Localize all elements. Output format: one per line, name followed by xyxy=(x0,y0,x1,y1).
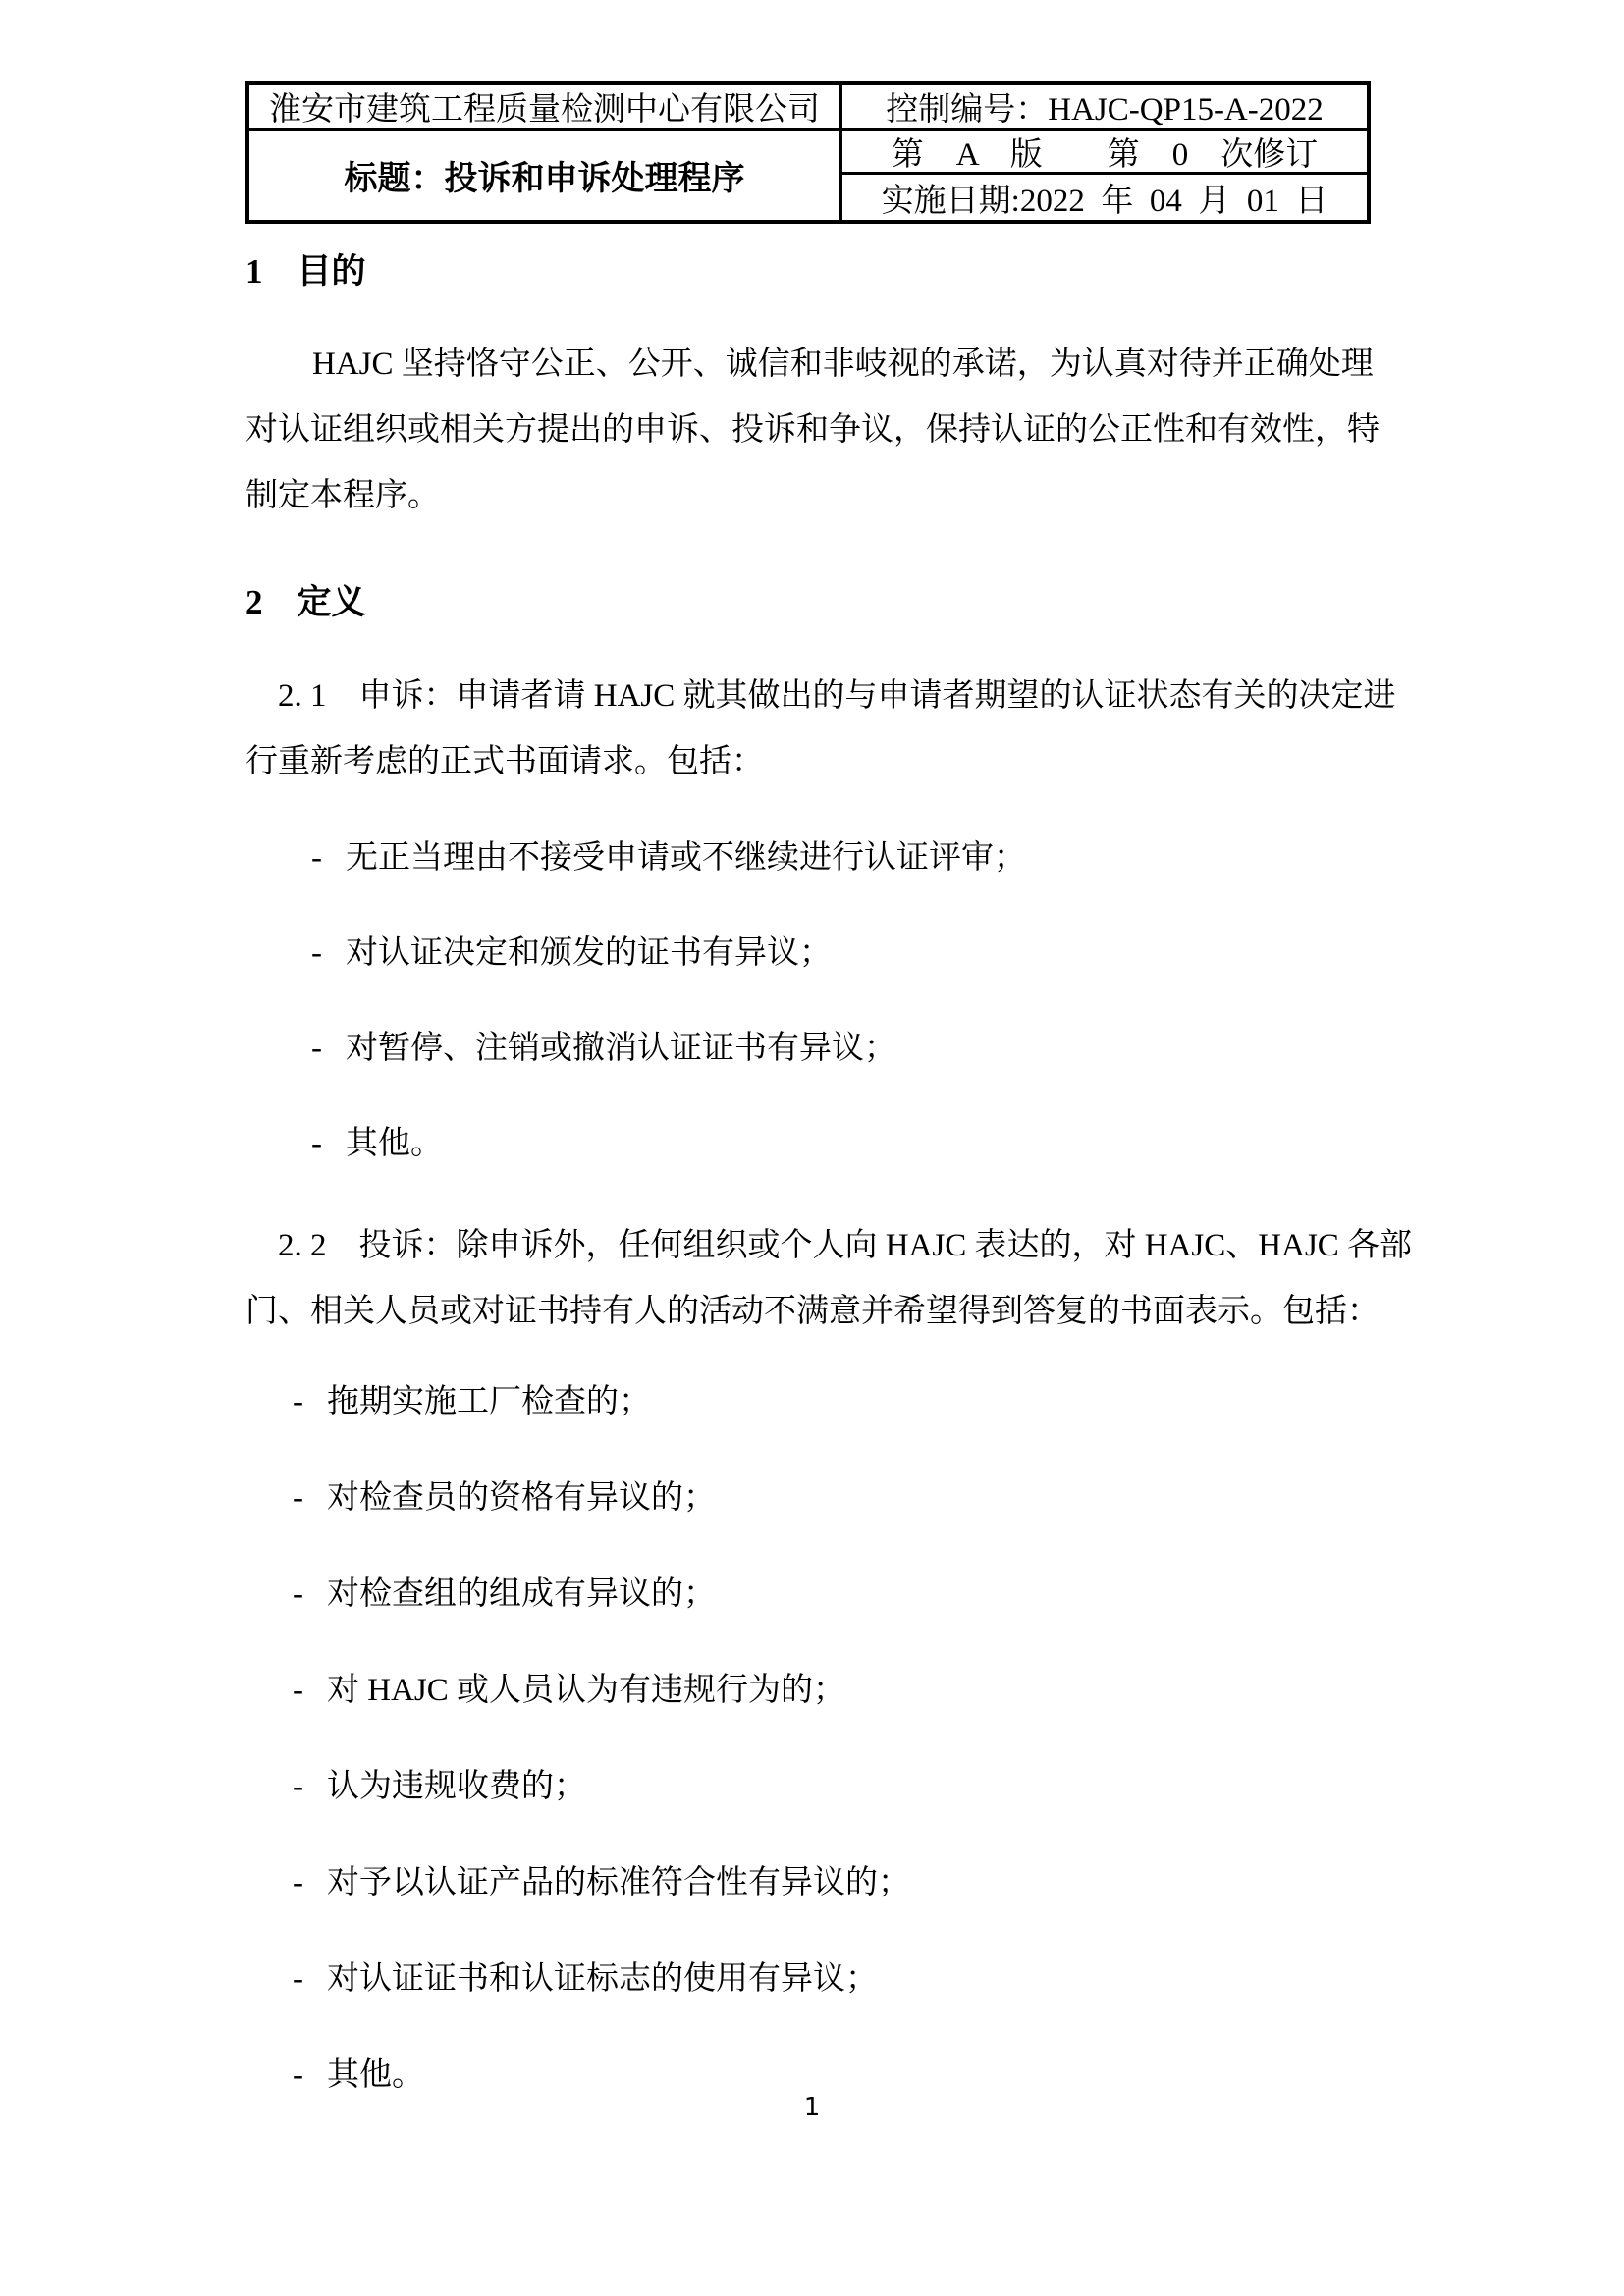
document-title: 标题：投诉和申诉处理程序 xyxy=(249,131,839,220)
definition-complaint-line-2: 门、相关人员或对证书持有人的活动不满意并希望得到答复的书面表示。包括： xyxy=(245,1279,1371,1345)
list-dash-marker: - xyxy=(293,1754,327,1820)
revision-info: 第 A 版 第 0 次修订 xyxy=(842,131,1367,175)
appeal-list-item-1: -无正当理由不接受申请或不继续进行认证评审； xyxy=(311,826,1371,891)
complaint-list-item-text: 对检查员的资格有异议的； xyxy=(327,1480,716,1516)
list-dash-marker: - xyxy=(311,1016,346,1082)
list-dash-marker: - xyxy=(293,1658,327,1724)
list-dash-marker: - xyxy=(311,826,346,891)
complaint-list-item-text: 对检查组的组成有异议的； xyxy=(327,1576,716,1612)
list-dash-marker: - xyxy=(293,1466,327,1531)
header-left-column: 淮安市建筑工程质量检测中心有限公司 标题：投诉和申诉处理程序 xyxy=(249,85,842,220)
control-number: 控制编号：HAJC-QP15-A-2022 xyxy=(842,85,1367,131)
complaint-list-item-text: 拖期实施工厂检查的； xyxy=(327,1384,651,1419)
appeal-list-item-text: 对认证决定和颁发的证书有异议； xyxy=(346,935,832,971)
complaint-list-item-text: 对予以认证产品的标准符合性有异议的； xyxy=(327,1865,910,1900)
document-page: 淮安市建筑工程质量检测中心有限公司 标题：投诉和申诉处理程序 控制编号：HAJC… xyxy=(0,0,1624,2296)
complaint-list-item-text: 认为违规收费的； xyxy=(327,1769,586,1804)
section-1-heading: 1 目的 xyxy=(245,239,1371,304)
complaint-list-item-2: -对检查员的资格有异议的； xyxy=(293,1466,1371,1531)
appeal-list-item-text: 其他。 xyxy=(346,1126,443,1161)
list-dash-marker: - xyxy=(311,1111,346,1177)
list-dash-marker: - xyxy=(293,1562,327,1628)
complaint-list-item-1: -拖期实施工厂检查的； xyxy=(293,1369,1371,1435)
complaint-list-item-3: -对检查组的组成有异议的； xyxy=(293,1562,1371,1628)
list-dash-marker: - xyxy=(293,1947,327,2012)
appeal-list-item-4: -其他。 xyxy=(311,1111,1371,1177)
definition-complaint-line-1: 2. 2 投诉：除申诉外，任何组织或个人向 HAJC 表达的，对 HAJC、HA… xyxy=(245,1213,1371,1279)
complaint-list-item-7: -对认证证书和认证标志的使用有异议； xyxy=(293,1947,1371,2012)
complaint-list-item-5: -认为违规收费的； xyxy=(293,1754,1371,1820)
section-2-heading: 2 定义 xyxy=(245,569,1371,635)
document-content: 淮安市建筑工程质量检测中心有限公司 标题：投诉和申诉处理程序 控制编号：HAJC… xyxy=(245,81,1371,2109)
appeal-list-item-3: -对暂停、注销或撤消认证证书有异议； xyxy=(311,1016,1371,1082)
appeal-list-item-text: 无正当理由不接受申请或不继续进行认证评审； xyxy=(346,840,1026,876)
document-header-table: 淮安市建筑工程质量检测中心有限公司 标题：投诉和申诉处理程序 控制编号：HAJC… xyxy=(245,81,1371,224)
appeal-list-item-2: -对认证决定和颁发的证书有异议； xyxy=(311,921,1371,987)
company-name: 淮安市建筑工程质量检测中心有限公司 xyxy=(249,85,839,131)
list-dash-marker: - xyxy=(311,921,346,987)
definition-appeal-line-2: 行重新考虑的正式书面请求。包括： xyxy=(245,729,1371,795)
header-right-column: 控制编号：HAJC-QP15-A-2022 第 A 版 第 0 次修订 实施日期… xyxy=(842,85,1367,220)
implementation-date: 实施日期:2022 年 04 月 01 日 xyxy=(842,175,1367,221)
purpose-paragraph-line-3: 制定本程序。 xyxy=(245,463,1371,529)
complaint-list-item-text: 其他。 xyxy=(327,2057,424,2093)
list-dash-marker: - xyxy=(293,1369,327,1435)
definition-appeal-line-1: 2. 1 申诉：申请者请 HAJC 就其做出的与申请者期望的认证状态有关的决定进 xyxy=(245,664,1371,729)
appeal-list-item-text: 对暂停、注销或撤消认证证书有异议； xyxy=(346,1031,896,1066)
complaint-list-item-6: -对予以认证产品的标准符合性有异议的； xyxy=(293,1850,1371,1916)
purpose-paragraph-line-2: 对认证组织或相关方提出的申诉、投诉和争议，保持认证的公正性和有效性，特 xyxy=(245,398,1371,463)
list-dash-marker: - xyxy=(293,1850,327,1916)
complaint-list-item-text: 对 HAJC 或人员认为有违规行为的； xyxy=(327,1673,845,1708)
complaint-list-item-text: 对认证证书和认证标志的使用有异议； xyxy=(327,1961,878,1997)
complaint-list-item-4: -对 HAJC 或人员认为有违规行为的； xyxy=(293,1658,1371,1724)
page-number: 1 xyxy=(0,2093,1624,2122)
purpose-paragraph-line-1: HAJC 坚持恪守公正、公开、诚信和非岐视的承诺，为认真对待并正确处理 xyxy=(245,332,1371,398)
